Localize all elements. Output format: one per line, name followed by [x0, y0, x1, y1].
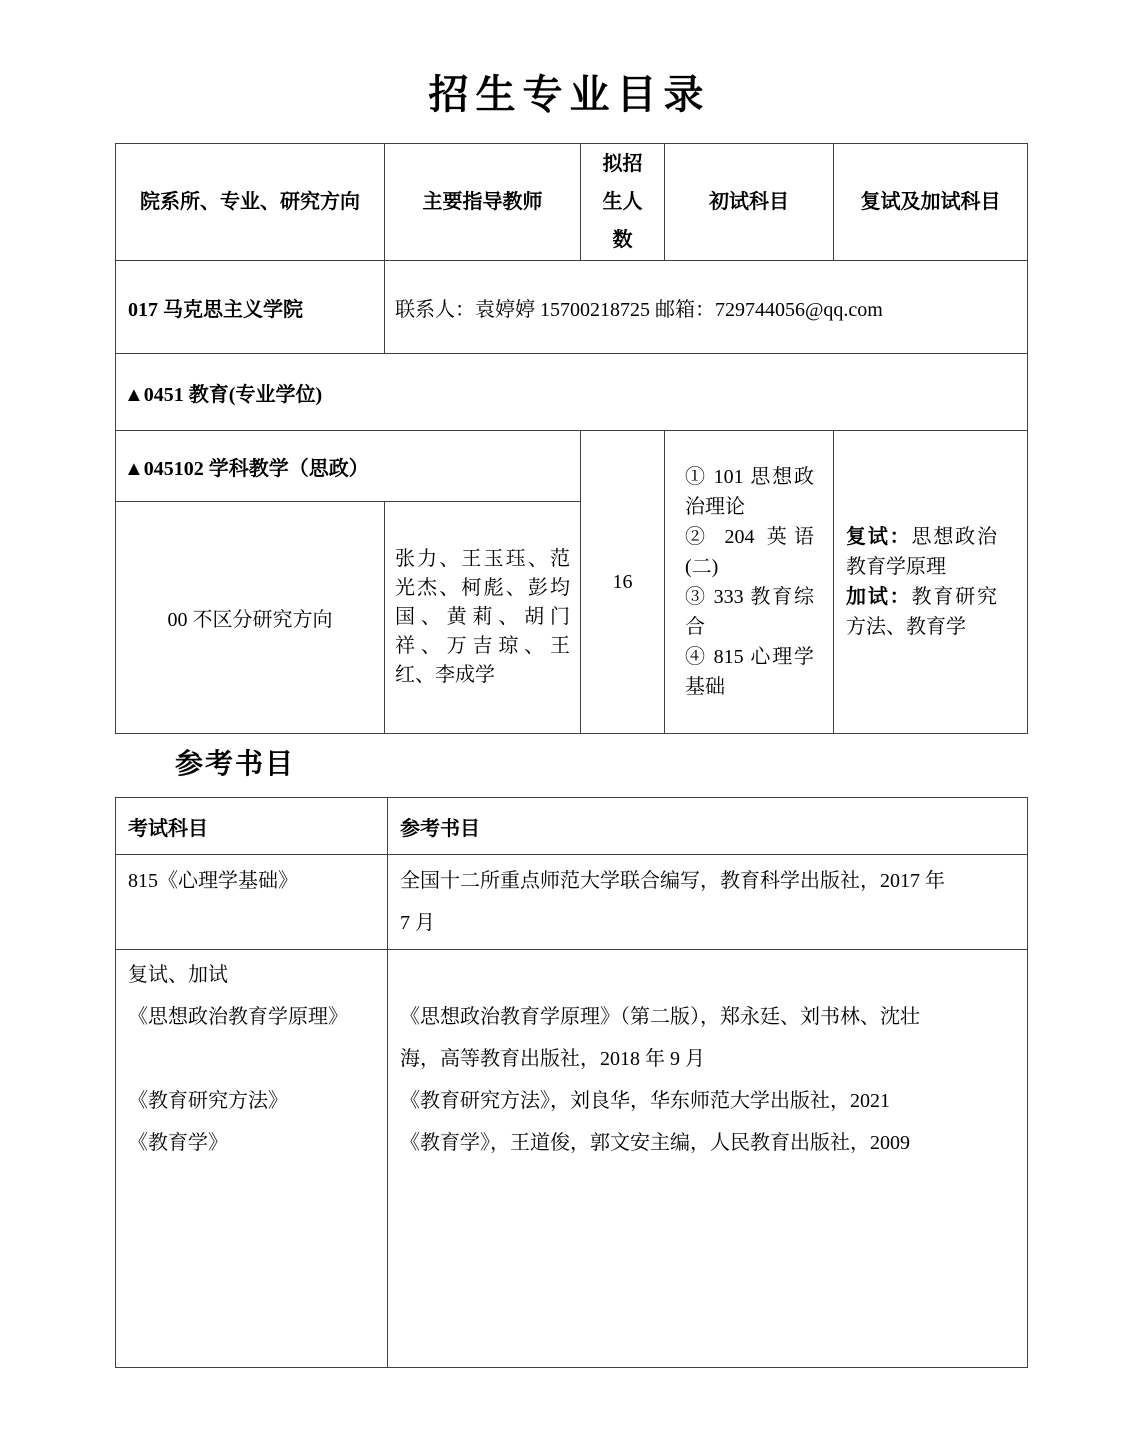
- reference-header-row: 考试科目 参考书目: [116, 798, 1028, 855]
- exam-item: ② 204 英语(二): [685, 522, 814, 582]
- reference-book-entry: 《教育研究方法》，刘良华，华东师范大学出版社，2021: [400, 1080, 1015, 1122]
- reference-815-cell: 全国十二所重点师范大学联合编写，教育科学出版社，2017 年 7 月: [388, 855, 1028, 950]
- initial-exams-cell: ① 101 思想政治理论 ② 204 英语(二) ③ 333 教育综合 ④ 81…: [665, 431, 834, 734]
- contact-info-cell: 联系人：袁婷婷 15700218725 邮箱：729744056@qq.com: [385, 261, 1028, 354]
- col-header-retest-exams: 复试及加试科目: [834, 144, 1028, 261]
- exam-item: ③ 333 教育综合: [685, 582, 814, 642]
- exam-item: ④ 815 心理学基础: [685, 642, 814, 702]
- retest-subjects-list-cell: 复试、加试 《思想政治教育学原理》 《教育研究方法》 《教育学》: [116, 950, 388, 1368]
- catalog-header-row: 院系所、专业、研究方向 主要指导教师 拟招生人数 初试科目 复试及加试科目: [116, 144, 1028, 261]
- retest-exams-cell: 复试：思想政治教育学原理 加试：教育研究方法、教育学: [834, 431, 1028, 734]
- subject-815-cell: 815《心理学基础》: [116, 855, 388, 950]
- exam-item: ① 101 思想政治理论: [685, 462, 814, 522]
- col-header-exam-subject: 考试科目: [116, 798, 388, 855]
- col-header-enrollment: 拟招生人数: [581, 144, 665, 261]
- col-header-department: 院系所、专业、研究方向: [116, 144, 385, 261]
- col-header-initial-exams: 初试科目: [665, 144, 834, 261]
- reference-section-heading: 参考书目: [175, 750, 1139, 780]
- reference-book-entry: 《思想政治教育学原理》（第二版），郑永廷、刘书林、沈壮 海，高等教育出版社，20…: [400, 996, 1015, 1080]
- reference-row-815: 815《心理学基础》 全国十二所重点师范大学联合编写，教育科学出版社，2017 …: [116, 855, 1028, 950]
- admissions-catalog-table: 院系所、专业、研究方向 主要指导教师 拟招生人数 初试科目 复试及加试科目 01…: [115, 143, 1028, 734]
- major-row: ▲045102 学科教学（思政） 16 ① 101 思想政治理论 ② 204 英…: [116, 431, 1028, 502]
- additional-test-line: 加试：教育研究方法、教育学: [846, 582, 997, 642]
- reference-row-retest: 复试、加试 《思想政治教育学原理》 《教育研究方法》 《教育学》 《思想政治教育…: [116, 950, 1028, 1368]
- additional-test-label: 加试：: [846, 586, 912, 608]
- reference-books-table: 考试科目 参考书目 815《心理学基础》 全国十二所重点师范大学联合编写，教育科…: [115, 797, 1028, 1368]
- college-row: 017 马克思主义学院 联系人：袁婷婷 15700218725 邮箱：72974…: [116, 261, 1028, 354]
- col-header-reference-books: 参考书目: [388, 798, 1028, 855]
- degree-category-row: ▲0451 教育(专业学位): [116, 354, 1028, 431]
- supervisors-cell: 张力、王玉珏、范光杰、柯彪、彭均国、黄莉、胡门祥、万吉琼、王红、李成学: [385, 502, 581, 734]
- retest-line: 复试：思想政治教育学原理: [846, 522, 997, 582]
- degree-category-cell: ▲0451 教育(专业学位): [116, 354, 1028, 431]
- col-header-supervisors: 主要指导教师: [385, 144, 581, 261]
- retest-label: 复试：: [846, 526, 912, 548]
- enrollment-count-cell: 16: [581, 431, 665, 734]
- document-page: 招生专业目录 院系所、专业、研究方向 主要指导教师 拟招生人数 初试科目 复试及…: [0, 0, 1139, 1437]
- page-title: 招生专业目录: [0, 0, 1139, 118]
- research-direction-cell: 00 不区分研究方向: [116, 502, 385, 734]
- reference-books-list-cell: 《思想政治教育学原理》（第二版），郑永廷、刘书林、沈壮 海，高等教育出版社，20…: [388, 950, 1028, 1368]
- reference-book-entry: 《教育学》，王道俊，郭文安主编，人民教育出版社，2009: [400, 1122, 1015, 1164]
- college-name-cell: 017 马克思主义学院: [116, 261, 385, 354]
- major-cell: ▲045102 学科教学（思政）: [116, 431, 581, 502]
